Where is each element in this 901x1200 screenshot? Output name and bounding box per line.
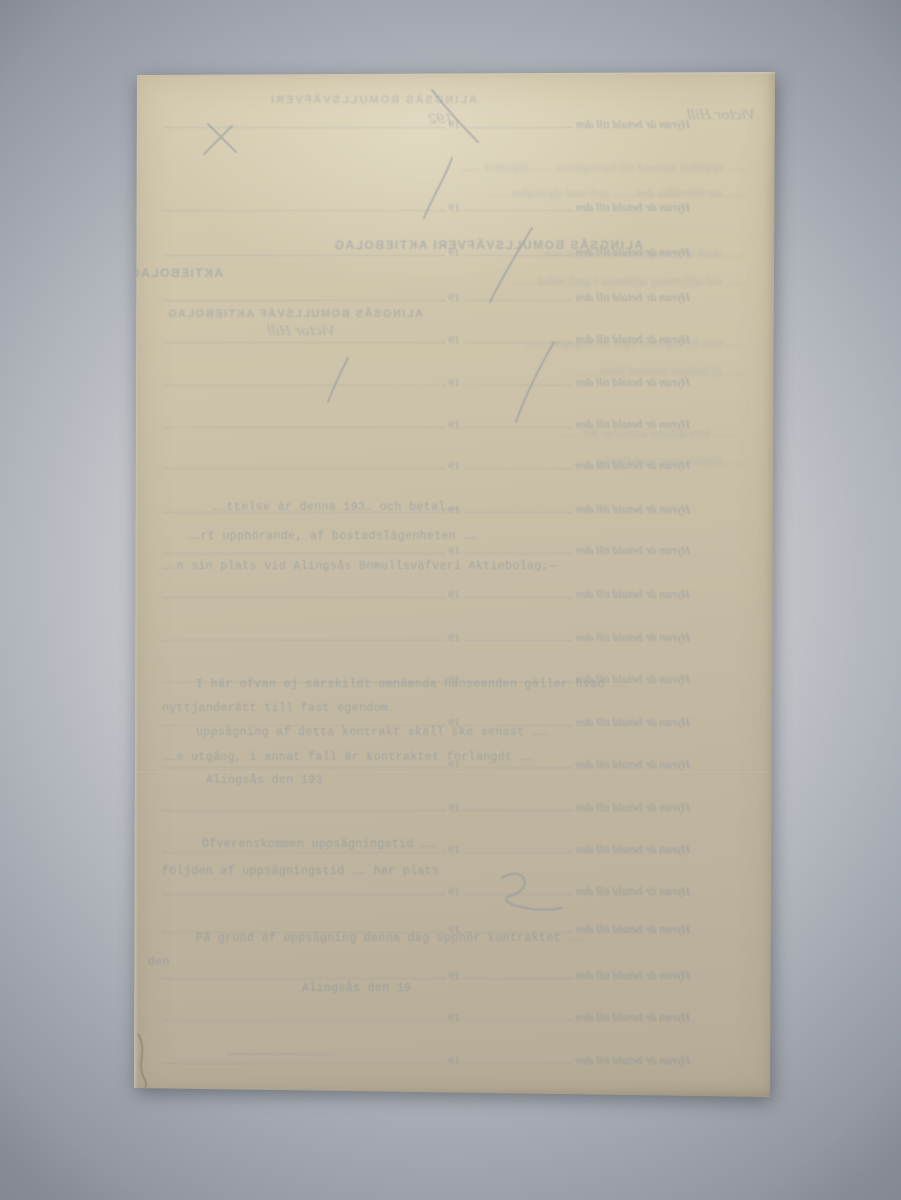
pencil-stroke [432, 90, 478, 142]
pencil-x-mark [204, 124, 236, 154]
pencil-stroke [516, 342, 554, 422]
pencil-squiggle [502, 874, 562, 910]
pencil-marks-layer [134, 72, 775, 1097]
corner-tear [138, 1034, 146, 1097]
pencil-stroke [328, 358, 348, 402]
pencil-stroke [490, 228, 532, 302]
paper-sheet: Hyran är betald till den19Hyran är betal… [134, 72, 775, 1097]
paper-surface: Hyran är betald till den19Hyran är betal… [134, 72, 775, 1097]
photo-background: Hyran är betald till den19Hyran är betal… [0, 0, 901, 1200]
pencil-stroke [424, 158, 452, 218]
